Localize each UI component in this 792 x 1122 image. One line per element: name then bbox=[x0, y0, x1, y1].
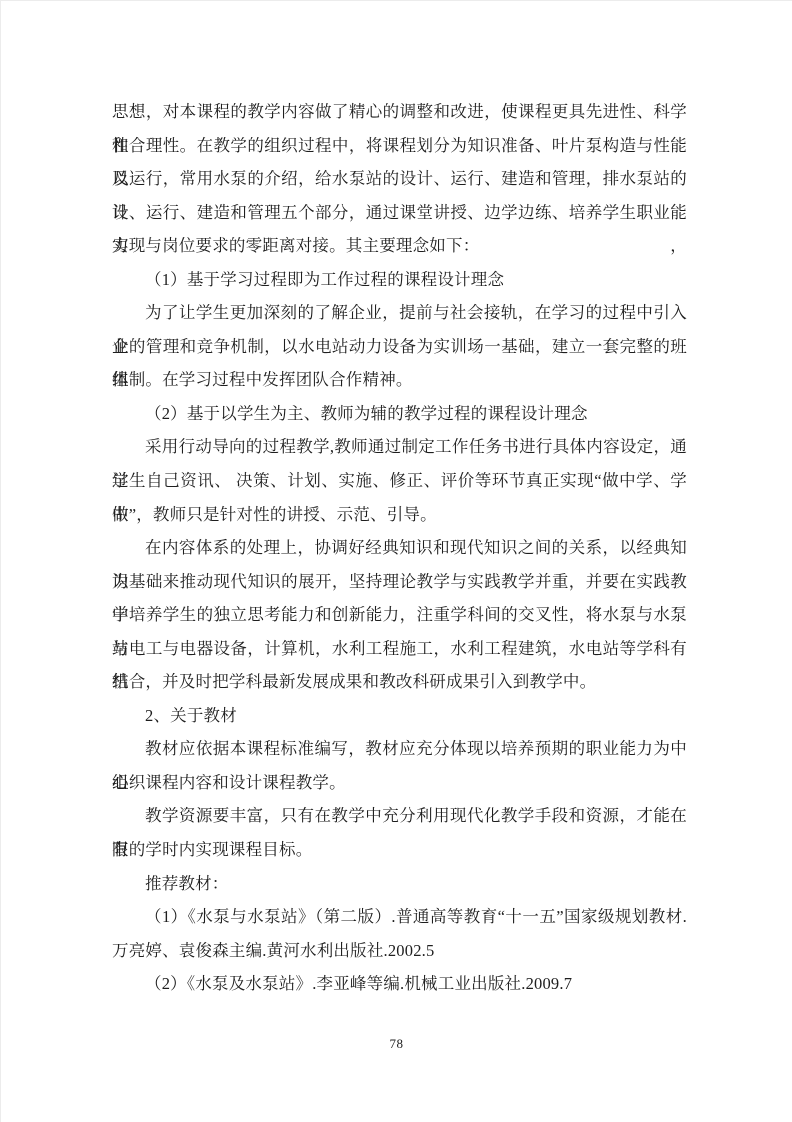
text-line: 中培养学生的独立思考能力和创新能力，注重学科间的交叉性，将水泵与水泵站 bbox=[112, 598, 687, 632]
text-line: （1）《水泵与水泵站》（第二版）.普通高等教育“十一五”国家级规划教材. bbox=[112, 900, 687, 934]
page-number: 78 bbox=[1, 1036, 792, 1052]
text-line: 计、运行、建造和管理五个部分，通过课堂讲授、边学边练、培养学生职业能力， bbox=[112, 196, 687, 230]
text-line: 限的学时内实现课程目标。 bbox=[112, 833, 687, 867]
text-line: 业的管理和竞争机制，以水电站动力设备为实训场一基础，建立一套完整的班组 bbox=[112, 330, 687, 364]
text-line: 推荐教材： bbox=[112, 867, 687, 901]
text-line: 2、关于教材 bbox=[112, 699, 687, 733]
text-line: 教学资源要丰富，只有在教学中充分利用现代化教学手段和资源，才能在有 bbox=[112, 799, 687, 833]
text-line: 教材应依据本课程标准编写，教材应充分体现以培养预期的职业能力为中心 bbox=[112, 732, 687, 766]
text-line: 万亮婷、袁俊森主编.黄河水利出版社.2002.5 bbox=[112, 934, 687, 968]
text-line: 和合理性。在教学的组织过程中，将课程划分为知识准备、叶片泵构造与性能以 bbox=[112, 129, 687, 163]
text-line: 及运行，常用水泵的介绍，给水泵站的设计、运行、建造和管理，排水泵站的设 bbox=[112, 162, 687, 196]
text-line: 组织课程内容和设计课程教学。 bbox=[112, 766, 687, 800]
text-line: （2）《水泵及水泵站》.李亚峰等编.机械工业出版社.2009.7 bbox=[112, 967, 687, 1001]
text-line: 学生自己资讯、 决策、计划、实施、修正、评价等环节真正实现“做中学、学中 bbox=[112, 464, 687, 498]
text-line: （1）基于学习过程即为工作过程的课程设计理念 bbox=[112, 263, 687, 297]
text-line: 结合，并及时把学科最新发展成果和教改科研成果引入到教学中。 bbox=[112, 665, 687, 699]
text-line: 做”，教师只是针对性的讲授、示范、引导。 bbox=[112, 498, 687, 532]
text-line: 思想，对本课程的教学内容做了精心的调整和改进，使课程更具先进性、科学性 bbox=[112, 95, 687, 129]
text-line: 为基础来推动现代知识的展开，坚持理论教学与实践教学并重，并要在实践教学 bbox=[112, 565, 687, 599]
text-line: 体制。在学习过程中发挥团队合作精神。 bbox=[112, 363, 687, 397]
text-line: 与电工与电器设备，计算机，水利工程施工，水利工程建筑，水电站等学科有机 bbox=[112, 632, 687, 666]
text-line: 为了让学生更加深刻的了解企业，提前与社会接轨，在学习的过程中引入企 bbox=[112, 296, 687, 330]
document-page: 思想，对本课程的教学内容做了精心的调整和改进，使课程更具先进性、科学性和合理性。… bbox=[0, 0, 792, 1122]
text-line: 在内容体系的处理上，协调好经典知识和现代知识之间的关系，以经典知识 bbox=[112, 531, 687, 565]
text-line: 采用行动导向的过程教学,教师通过制定工作任务书进行具体内容设定，通过 bbox=[112, 430, 687, 464]
text-line: （2）基于以学生为主、教师为辅的教学过程的课程设计理念 bbox=[112, 397, 687, 431]
page-body-text: 思想，对本课程的教学内容做了精心的调整和改进，使课程更具先进性、科学性和合理性。… bbox=[112, 95, 687, 1001]
